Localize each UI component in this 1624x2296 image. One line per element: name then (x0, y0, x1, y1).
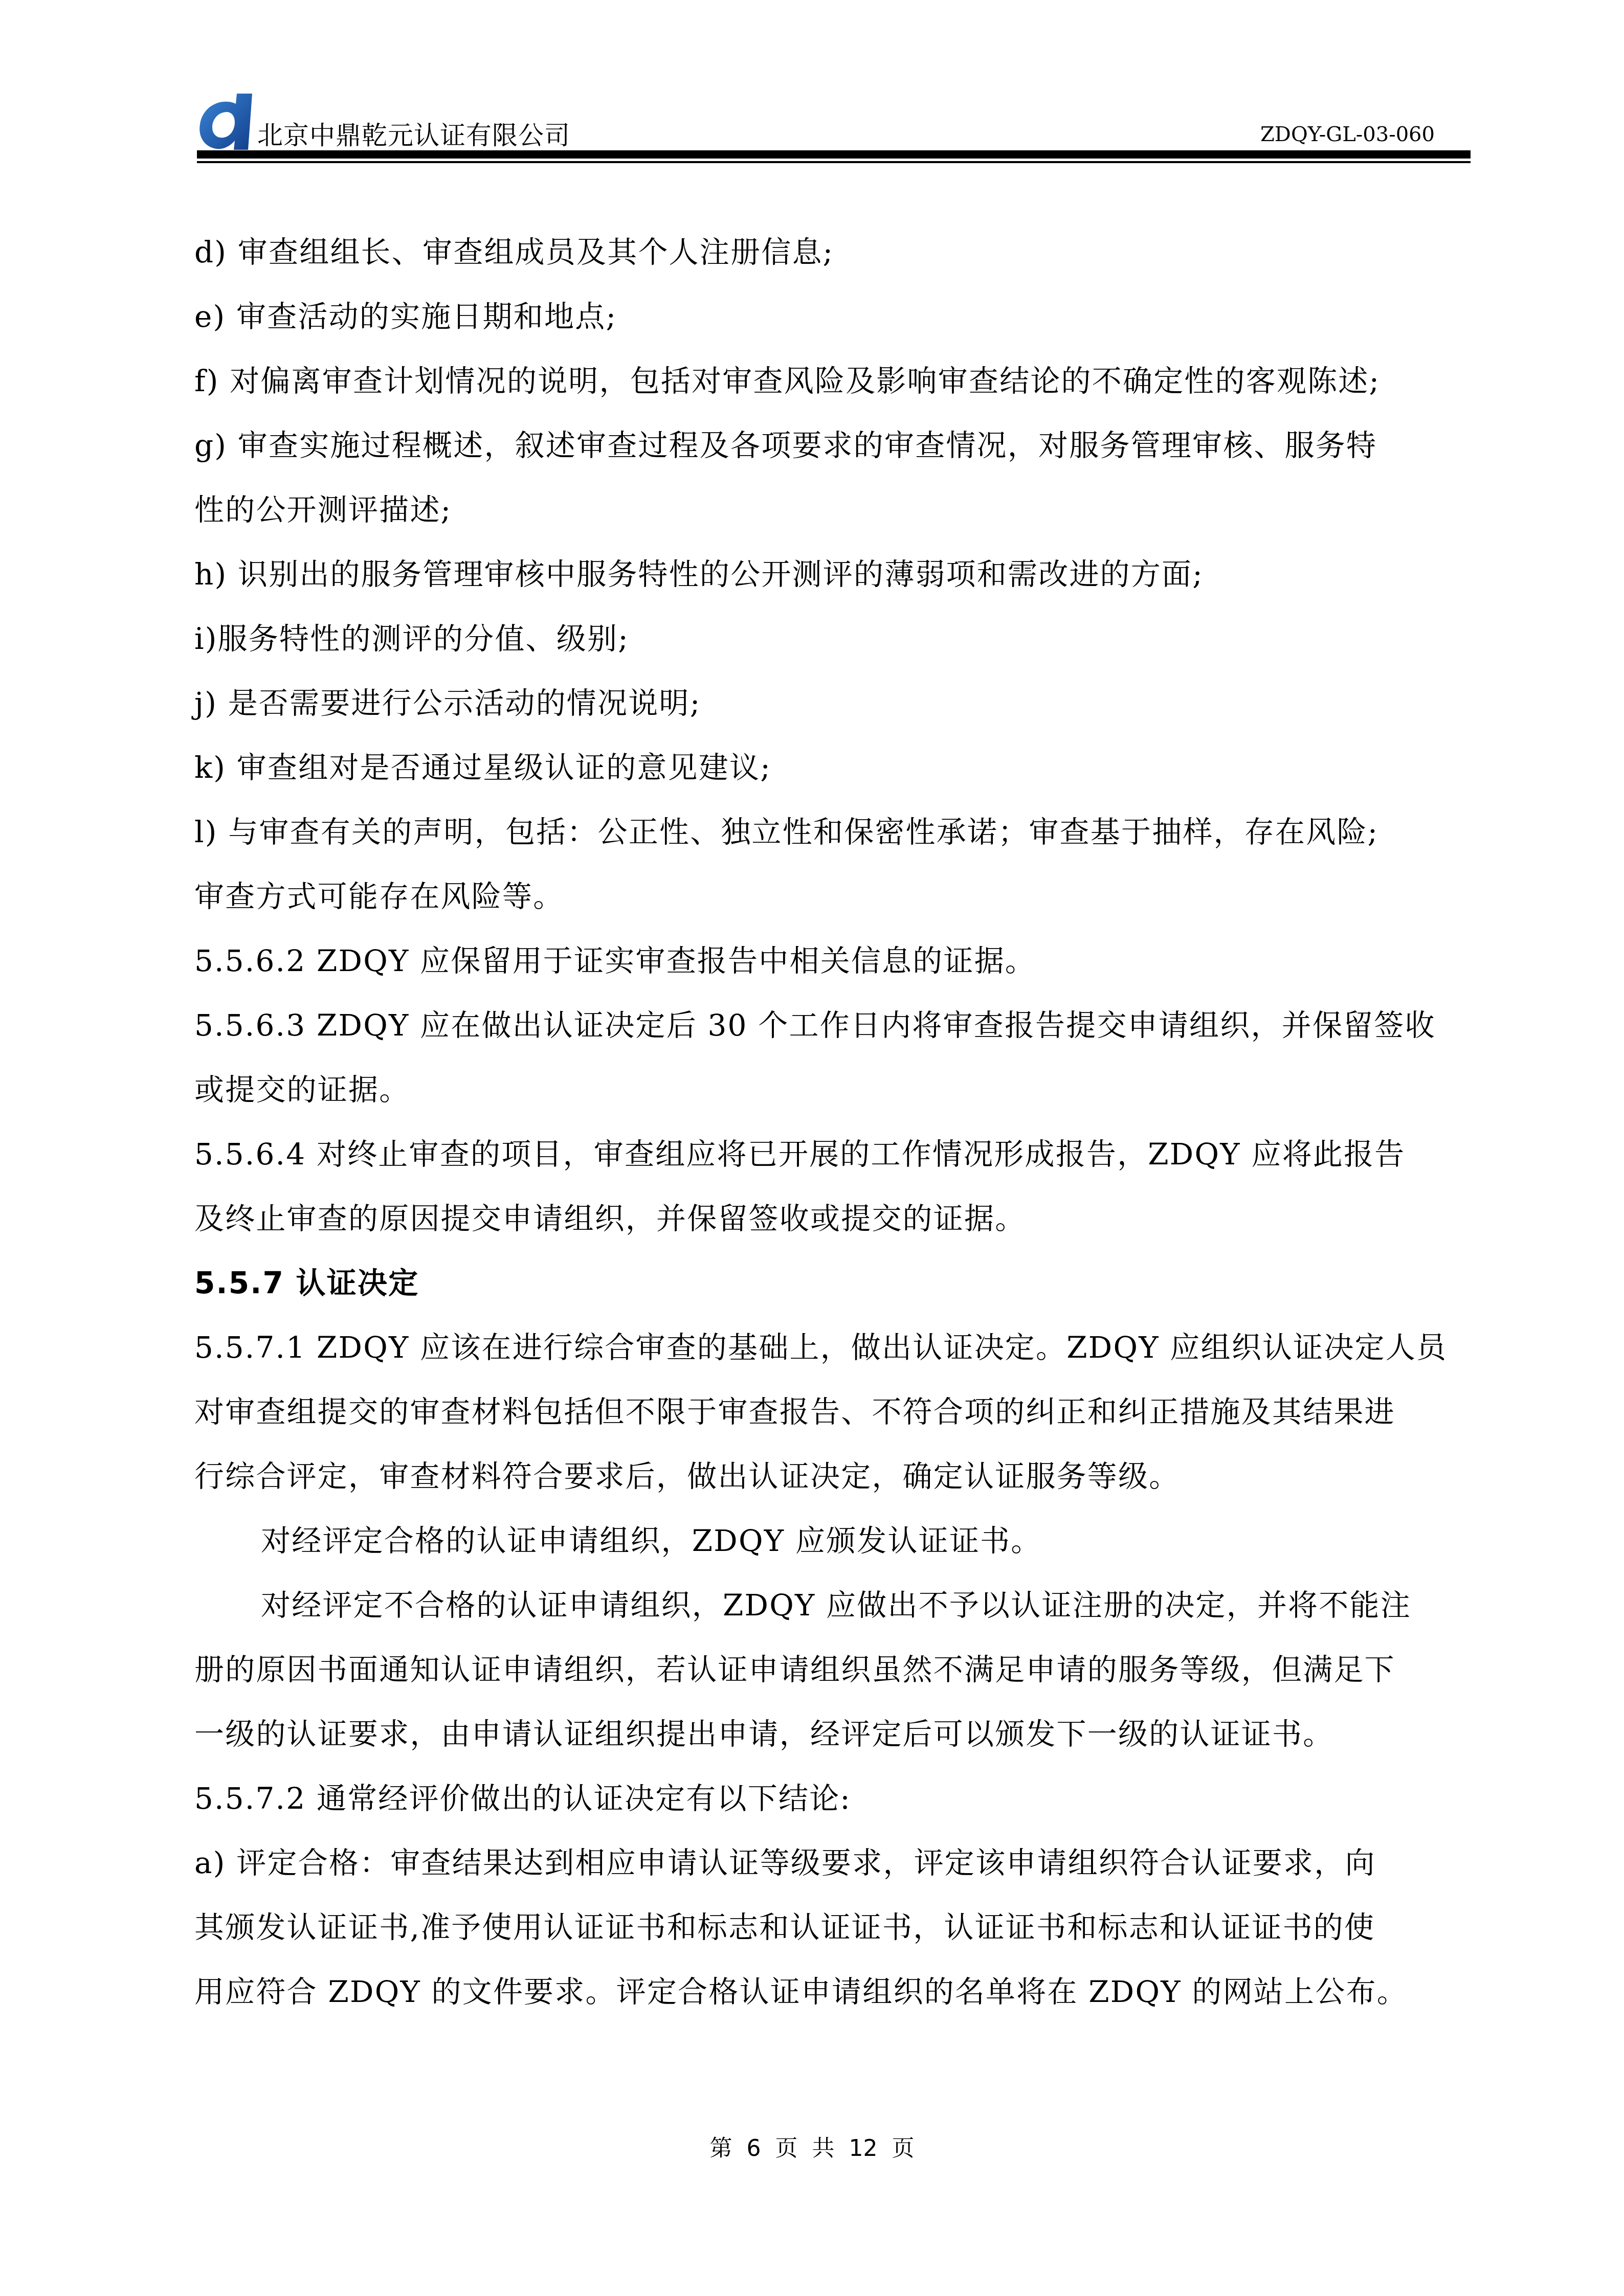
document-body: d) 审查组组长、审查组成员及其个人注册信息;e) 审查活动的实施日期和地点;f… (194, 220, 1473, 2024)
header-rule-thin (197, 161, 1471, 163)
company-name: 北京中鼎乾元认证有限公司 (257, 120, 570, 151)
text-line: 性的公开测评描述; (194, 478, 1473, 542)
text-line: 册的原因书面通知认证申请组织，若认证申请组织虽然不满足申请的服务等级，但满足下 (194, 1637, 1473, 1702)
text-line: a) 评定合格：审查结果达到相应申请认证等级要求，评定该申请组织符合认证要求，向 (194, 1831, 1473, 1895)
text-line: k) 审查组对是否通过星级认证的意见建议; (194, 735, 1473, 800)
text-line: 或提交的证据。 (194, 1057, 1473, 1122)
text-line: 5.5.6.4 对终止审查的项目，审查组应将已开展的工作情况形成报告，ZDQY … (194, 1122, 1473, 1186)
text-line: g) 审查实施过程概述，叙述审查过程及各项要求的审查情况，对服务管理审核、服务特 (194, 413, 1473, 478)
text-line: 5.5.6.2 ZDQY 应保留用于证实审查报告中相关信息的证据。 (194, 929, 1473, 993)
company-logo-icon (197, 89, 258, 151)
header-rule-thick (197, 150, 1471, 159)
text-line: f) 对偏离审查计划情况的说明，包括对审查风险及影响审查结论的不确定性的客观陈述… (194, 349, 1473, 413)
text-line: 5.5.7.1 ZDQY 应该在进行综合审查的基础上，做出认证决定。ZDQY 应… (194, 1315, 1473, 1380)
text-line: h) 识别出的服务管理审核中服务特性的公开测评的薄弱项和需改进的方面; (194, 542, 1473, 606)
text-line: e) 审查活动的实施日期和地点; (194, 284, 1473, 349)
text-line: 用应符合 ZDQY 的文件要求。评定合格认证申请组织的名单将在 ZDQY 的网站… (194, 1960, 1473, 2024)
text-line: 行综合评定，审查材料符合要求后，做出认证决定，确定认证服务等级。 (194, 1444, 1473, 1509)
text-line: d) 审查组组长、审查组成员及其个人注册信息; (194, 220, 1473, 284)
text-line: 一级的认证要求，由申请认证组织提出申请，经评定后可以颁发下一级的认证证书。 (194, 1702, 1473, 1766)
text-line: 及终止审查的原因提交申请组织，并保留签收或提交的证据。 (194, 1186, 1473, 1251)
text-line: 其颁发认证证书,准予使用认证证书和标志和认证证书，认证证书和标志和认证证书的使 (194, 1895, 1473, 1960)
text-line: 对经评定不合格的认证申请组织，ZDQY 应做出不予以认证注册的决定，并将不能注 (194, 1573, 1473, 1637)
page-number: 第 6 页 共 12 页 (0, 2130, 1624, 2163)
text-line: i)服务特性的测评的分值、级别; (194, 606, 1473, 671)
text-line: 5.5.6.3 ZDQY 应在做出认证决定后 30 个工作日内将审查报告提交申请… (194, 993, 1473, 1057)
text-line: 审查方式可能存在风险等。 (194, 864, 1473, 929)
text-line: j) 是否需要进行公示活动的情况说明; (194, 671, 1473, 735)
text-line: l) 与审查有关的声明，包括：公正性、独立性和保密性承诺；审查基于抽样，存在风险… (194, 800, 1473, 864)
page-header: 北京中鼎乾元认证有限公司 ZDQY-GL-03-060 (197, 84, 1471, 166)
text-line: 5.5.7.2 通常经评价做出的认证决定有以下结论: (194, 1766, 1473, 1831)
document-number: ZDQY-GL-03-060 (1260, 120, 1435, 149)
section-heading: 5.5.7 认证决定 (194, 1251, 1473, 1315)
text-line: 对审查组提交的审查材料包括但不限于审查报告、不符合项的纠正和纠正措施及其结果进 (194, 1380, 1473, 1444)
text-line: 对经评定合格的认证申请组织，ZDQY 应颁发认证证书。 (194, 1509, 1473, 1573)
